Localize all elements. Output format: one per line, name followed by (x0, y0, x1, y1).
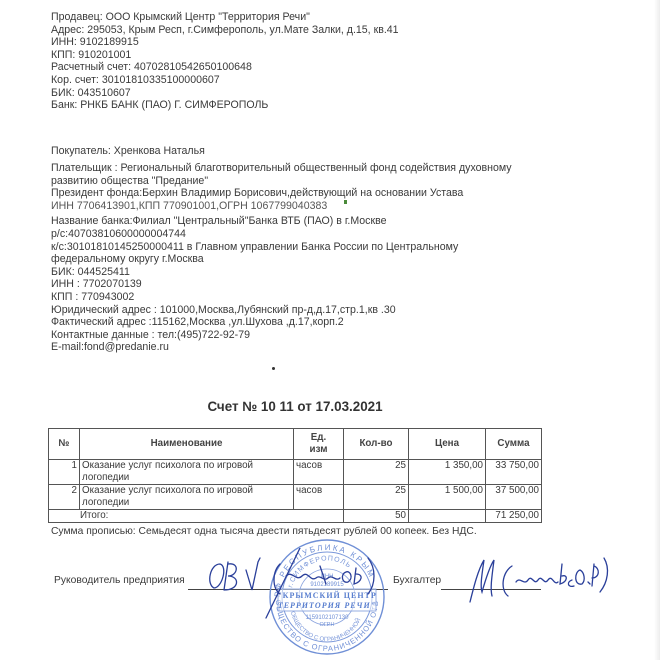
row-qty: 25 (344, 485, 409, 510)
accountant-signature (460, 556, 610, 608)
col-unit-header-line2: изм (310, 444, 328, 455)
seller-kpp: КПП: 910201001 (51, 49, 399, 62)
row-num: 2 (49, 485, 80, 510)
ink-dot (272, 367, 275, 370)
buyer-details: Покупатель: Хренкова Наталья (51, 145, 205, 158)
accountant-label: Бухгалтер (393, 575, 441, 586)
payer-contacts: Контактные данные : тел:(495)722-92-79 (51, 329, 512, 342)
payer-ids: ИНН 7706413901,КПП 770901001,ОГРН 106779… (51, 200, 512, 213)
row-price: 1 350,00 (409, 460, 486, 485)
table-row: 1 Оказание услуг психолога по игровой ло… (49, 460, 542, 485)
payer-kpp: КПП : 770943002 (51, 291, 512, 304)
director-signature (200, 548, 380, 620)
row-name: Оказание услуг психолога по игровой лого… (80, 460, 294, 485)
ink-speck (344, 200, 347, 204)
payer-actual-address: Фактический адрес :115162,Москва ,ул.Шух… (51, 316, 512, 329)
invoice-table: № Наименование Ед. изм Кол-во Цена Сумма… (48, 428, 542, 523)
seller-bik: БИК: 043510607 (51, 87, 399, 100)
payer-bik: БИК: 044525411 (51, 266, 512, 279)
payer-name-2: развитию общества "Предание" (51, 175, 512, 188)
table-row: 2 Оказание услуг психолога по игровой ло… (49, 485, 542, 510)
seller-details: Продавец: ООО Крымский Центр "Территория… (51, 11, 399, 112)
row-unit: часов (294, 460, 344, 485)
payer-bank-name: Название банка:Филиал "Центральный"Банка… (51, 215, 512, 228)
payer-corr-account-2: федеральному округу г.Москва (51, 253, 512, 266)
payer-account: р/с:40703810600000004744 (51, 228, 512, 241)
seller-inn: ИНН: 9102189915 (51, 36, 399, 49)
payer-president: Президент фонда:Берхин Владимир Борисови… (51, 187, 512, 200)
total-row: Итого: 50 71 250,00 (49, 510, 542, 523)
col-qty-header: Кол-во (344, 429, 409, 460)
amount-in-words: Сумма прописью: Семьдесят одна тысяча дв… (51, 526, 477, 537)
seller-address: Адрес: 295053, Крым Респ, г.Симферополь,… (51, 24, 399, 37)
total-label: Итого: (49, 510, 344, 523)
col-unit-header: Ед. изм (294, 429, 344, 460)
payer-details: Плательщик : Региональный благотворитель… (51, 162, 512, 354)
seller-account: Расчетный счет: 40702810542650100648 (51, 61, 399, 74)
page-edge-shadow (654, 0, 660, 660)
seller-name: Продавец: ООО Крымский Центр "Территория… (51, 11, 399, 24)
row-sum: 33 750,00 (486, 460, 542, 485)
payer-inn: ИНН : 7702070139 (51, 278, 512, 291)
row-num: 1 (49, 460, 80, 485)
seller-corr-account: Кор. счет: 30101810335100000607 (51, 74, 399, 87)
payer-name-1: Плательщик : Региональный благотворитель… (51, 162, 512, 175)
row-unit: часов (294, 485, 344, 510)
buyer-name: Покупатель: Хренкова Наталья (51, 145, 205, 158)
col-num-header: № (49, 429, 80, 460)
stamp-ogrn-label: ОГРН (320, 622, 335, 628)
row-price: 1 500,00 (409, 485, 486, 510)
seller-bank: Банк: РНКБ БАНК (ПАО) Г. СИМФЕРОПОЛЬ (51, 99, 399, 112)
table-header-row: № Наименование Ед. изм Кол-во Цена Сумма (49, 429, 542, 460)
total-price-empty (409, 510, 486, 523)
row-qty: 25 (344, 460, 409, 485)
row-name: Оказание услуг психолога по игровой лого… (80, 485, 294, 510)
col-unit-header-line1: Ед. (311, 432, 326, 443)
total-qty: 50 (344, 510, 409, 523)
col-price-header: Цена (409, 429, 486, 460)
total-sum: 71 250,00 (486, 510, 542, 523)
payer-email: E-mail:fond@predanie.ru (51, 341, 512, 354)
invoice-title: Счет № 10 11 от 17.03.2021 (0, 399, 590, 414)
row-sum: 37 500,00 (486, 485, 542, 510)
payer-legal-address: Юридический адрес : 101000,Москва,Лубянс… (51, 304, 512, 317)
director-label: Руководитель предприятия (54, 575, 185, 586)
payer-corr-account-1: к/с:30101810145250000411 в Главном управ… (51, 241, 512, 254)
col-name-header: Наименование (80, 429, 294, 460)
col-sum-header: Сумма (486, 429, 542, 460)
